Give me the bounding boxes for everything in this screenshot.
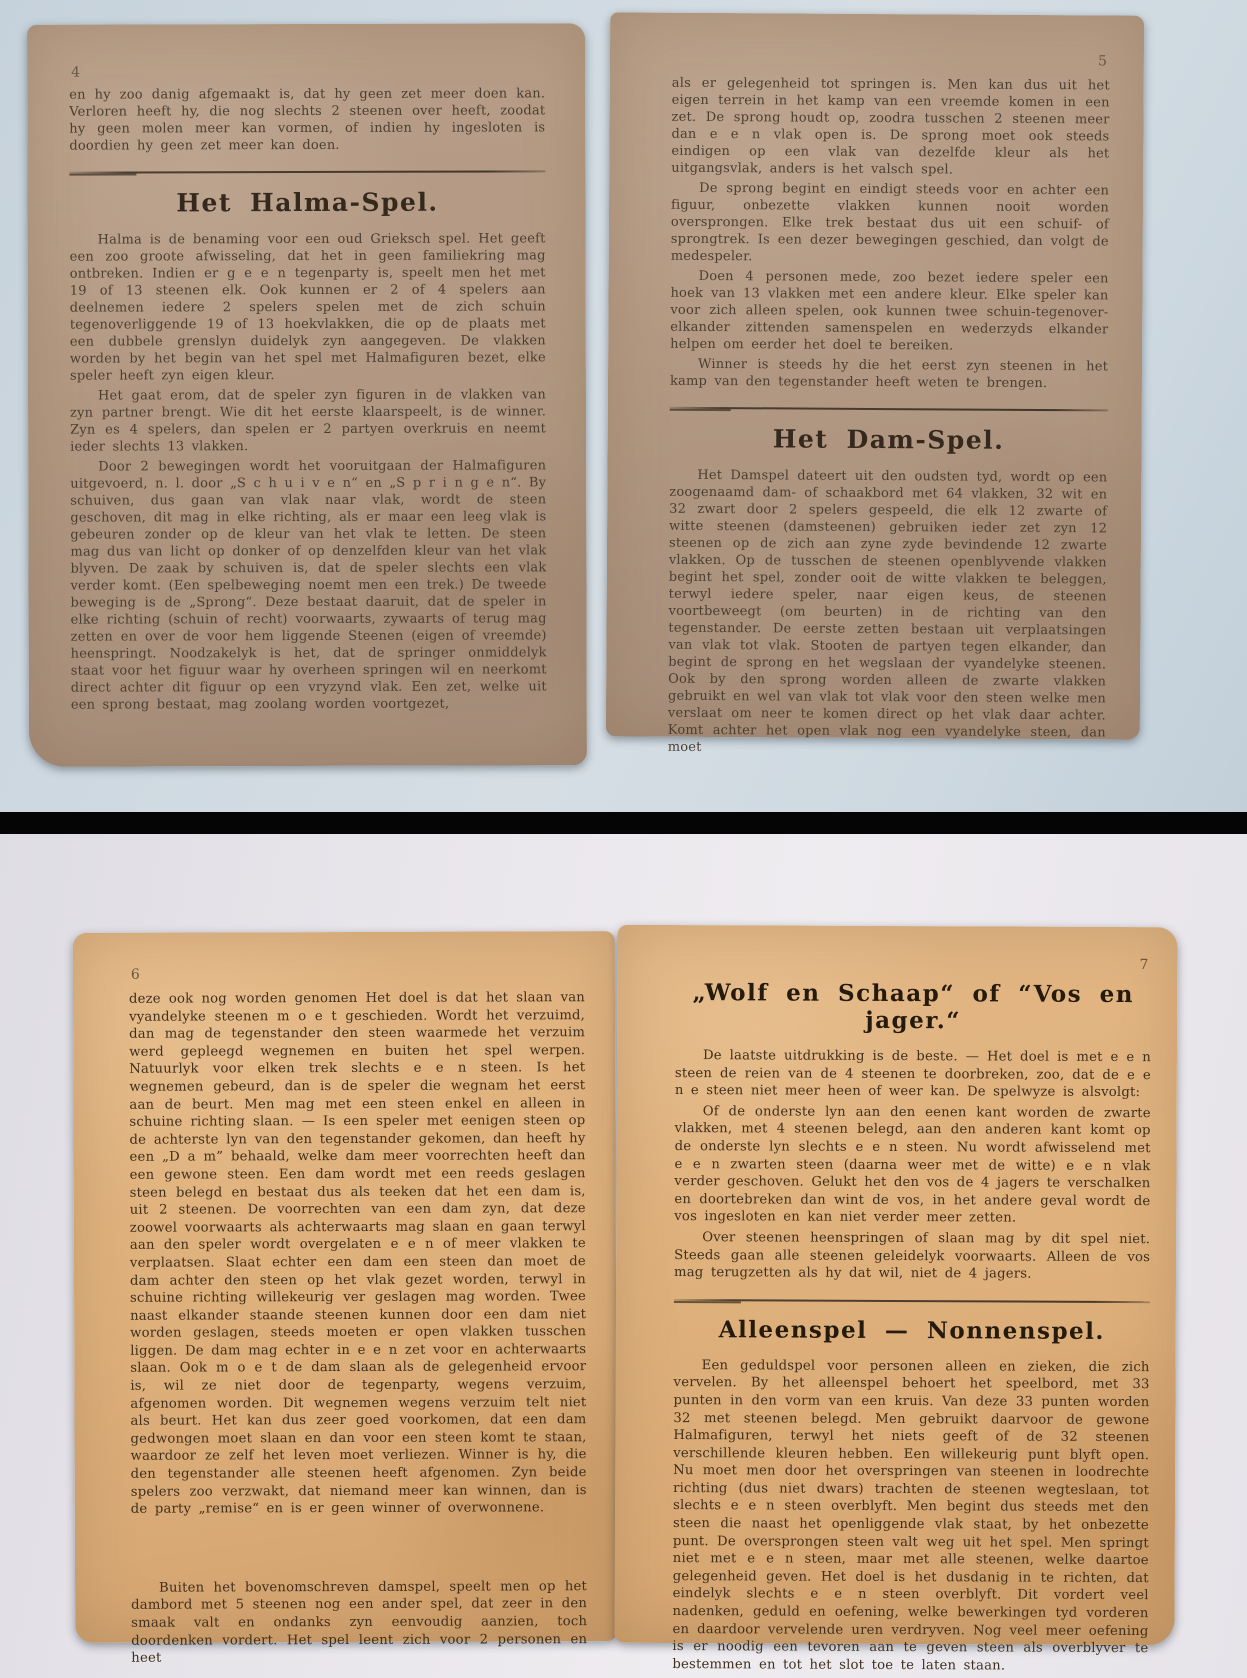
blank-space [131, 1520, 587, 1580]
section-heading-alleenspel: Alleenspel — Nonnenspel. [674, 1316, 1150, 1345]
paragraph: Een geduldspel voor personen alleen en z… [672, 1357, 1149, 1676]
paragraph: en hy zoo danig afgemaakt is, dat hy gee… [69, 85, 545, 154]
page-4: 4 en hy zoo danig afgemaakt is, dat hy g… [27, 23, 587, 766]
section-divider [69, 169, 545, 174]
paragraph: Buiten het bovenomschreven damspel, spee… [131, 1578, 587, 1668]
paragraph: Het Damspel dateert uit den oudsten tyd,… [668, 467, 1108, 759]
paragraph: Halma is de benaming voor een oud Grieks… [70, 230, 546, 384]
photo-bottom-spread: 6 deze ook nog worden genomen Het doel i… [0, 834, 1247, 1678]
paragraph: Of de onderste lyn aan den eenen kant wo… [674, 1103, 1151, 1228]
page-number: 6 [131, 967, 141, 983]
paragraph: Door 2 bewegingen wordt het vooruitgaan … [70, 457, 547, 713]
page-number: 5 [1098, 53, 1108, 69]
paragraph: deze ook nog worden genomen Het doel is … [129, 989, 587, 1518]
paragraph: De sprong begint en eindigt steeds voor … [671, 180, 1110, 268]
page-number: 4 [71, 65, 81, 81]
section-heading-dam: Het Dam-Spel. [670, 424, 1108, 456]
page-number: 7 [1139, 957, 1149, 973]
page-7: 7 „Wolf en Schaap“ of “Vos en jager.“ De… [614, 925, 1177, 1645]
section-heading-halma: Het Halma-Spel. [69, 187, 545, 217]
section-divider [670, 406, 1108, 413]
page-5: 5 als er gelegenheid tot springen is. Me… [606, 12, 1144, 739]
section-divider [674, 1298, 1150, 1304]
paragraph: Over steenen heenspringen of slaan mag b… [674, 1229, 1150, 1284]
paragraph: Het gaat erom, dat de speler zyn figuren… [70, 386, 546, 455]
paragraph: De laatste uitdrukking is de beste. — He… [675, 1047, 1151, 1102]
section-heading-wolf-en-schaap: „Wolf en Schaap“ of “Vos en jager.“ [675, 979, 1151, 1035]
page-6: 6 deze ook nog worden genomen Het doel i… [73, 931, 617, 1643]
photo-divider [0, 812, 1247, 834]
paragraph: Doen 4 personen mede, zoo bezet iedere s… [670, 268, 1109, 356]
photo-top-spread: 4 en hy zoo danig afgemaakt is, dat hy g… [0, 0, 1247, 812]
paragraph: Winner is steeds hy die het eerst zyn st… [670, 356, 1108, 393]
paragraph: als er gelegenheid tot springen is. Men … [671, 75, 1110, 180]
